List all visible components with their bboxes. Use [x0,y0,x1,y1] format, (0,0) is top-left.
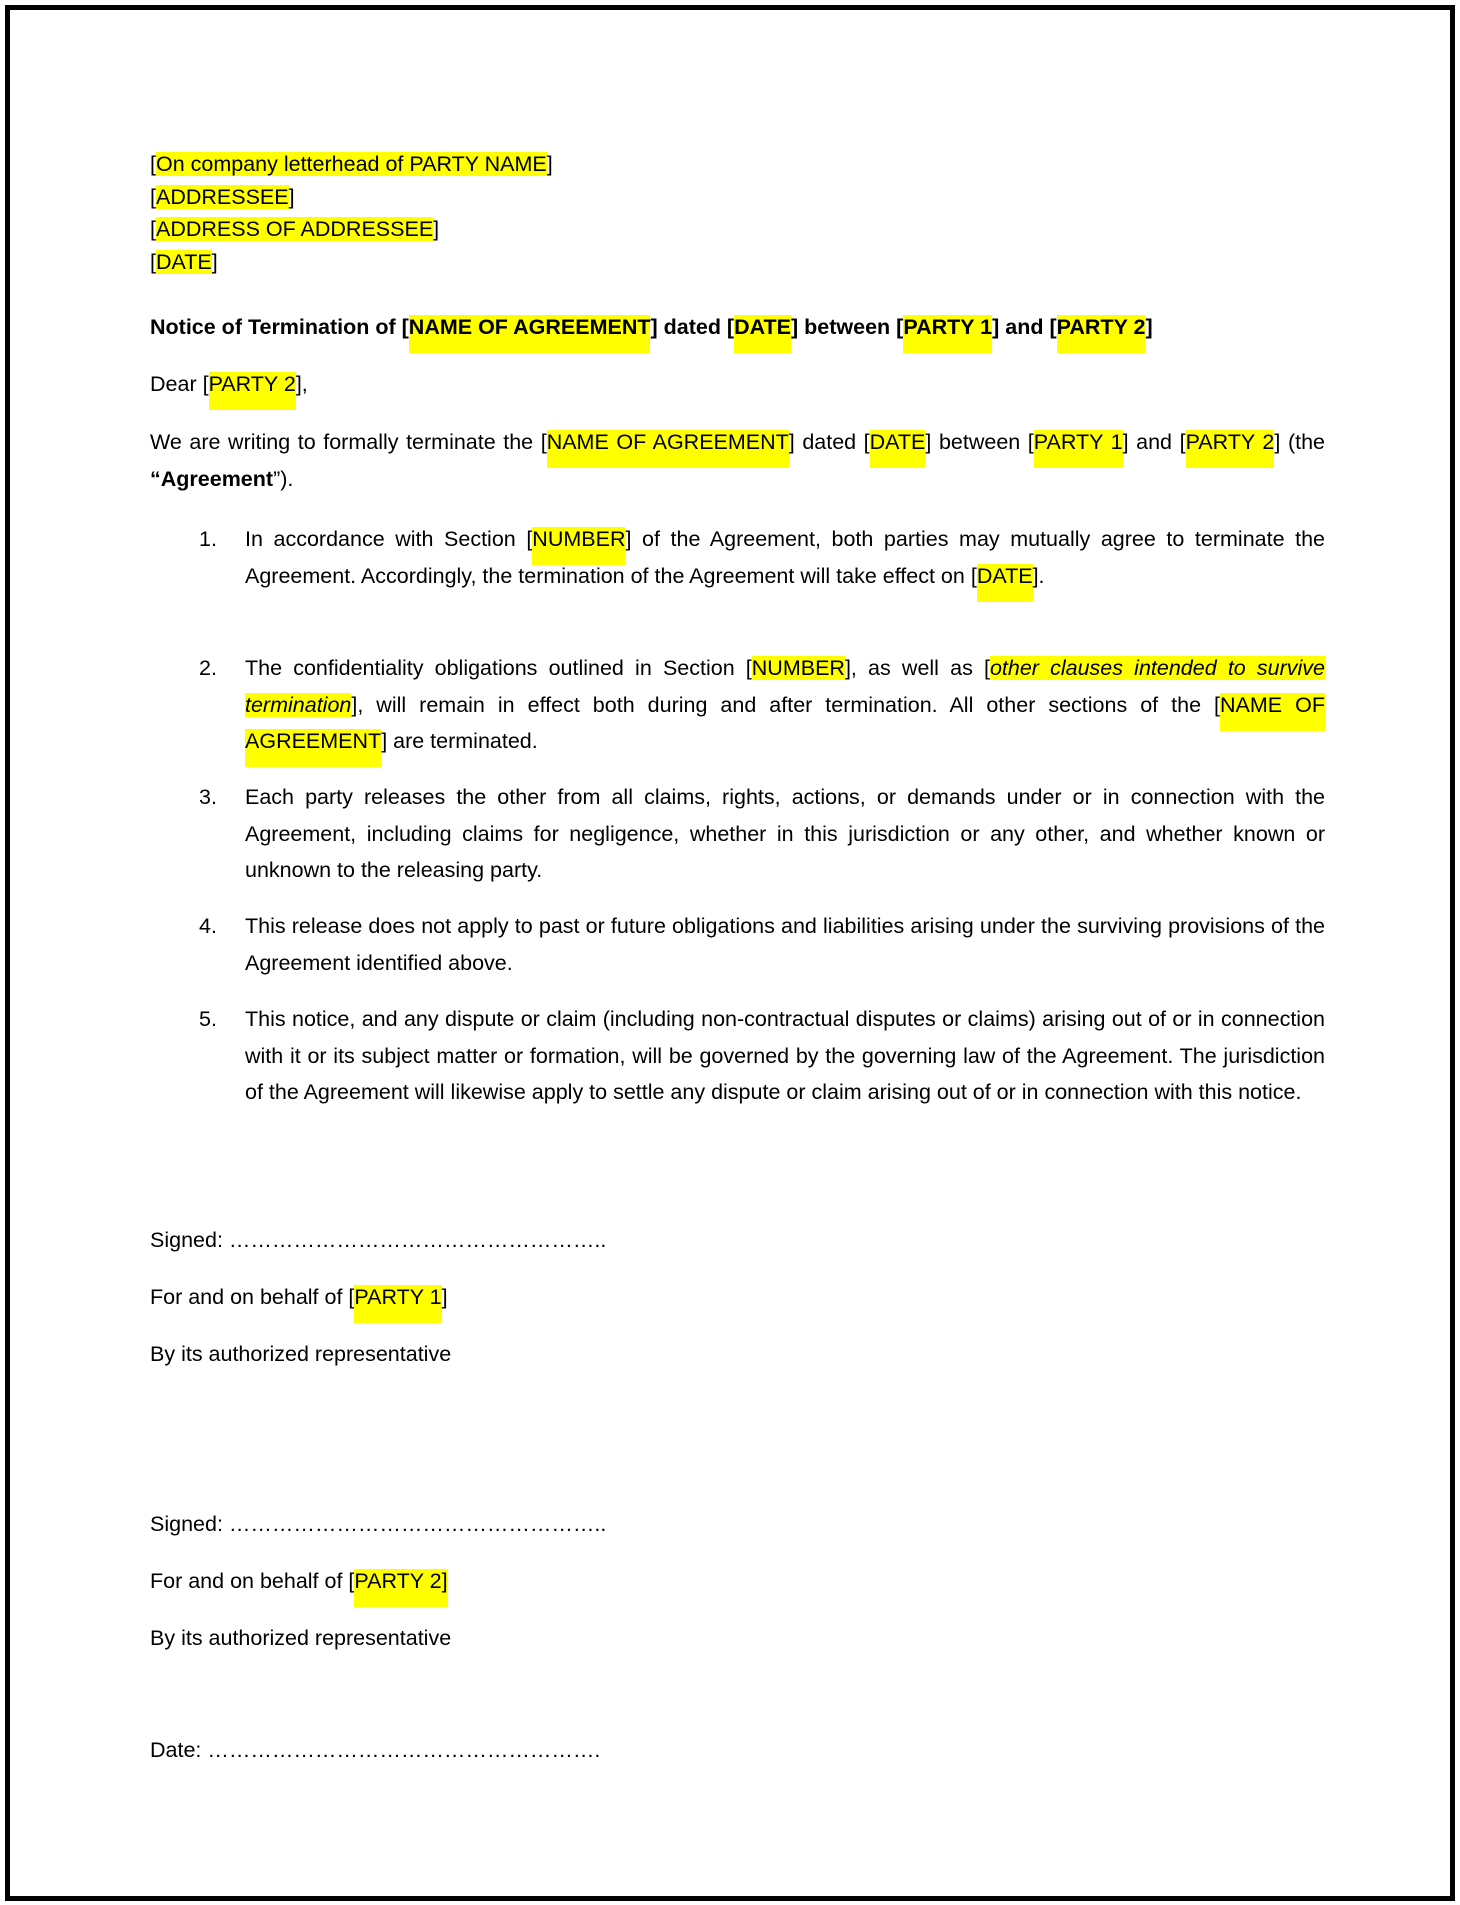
placeholder-intro-party1[interactable]: PARTY 1 [1034,430,1123,468]
defined-term-agreement: Agreement [161,467,273,491]
placeholder-addressee[interactable]: ADDRESSEE [156,185,289,209]
list-item-text: This notice, and any dispute or claim (i… [245,1001,1325,1111]
list-item-text: The confidentiality obligations outlined… [245,650,1325,760]
representative-line-1: By its authorized representative [150,1342,451,1367]
address-line: [ADDRESS OF ADDRESSEE] [150,217,439,242]
item-text: ], will remain in effect both during and… [351,693,1220,717]
behalf-line-1: For and on behalf of [PARTY 1] [150,1285,448,1310]
intro-text: ] between [ [925,430,1033,454]
representative-line-2: By its authorized representative [150,1626,451,1651]
behalf-text: ] [442,1285,448,1309]
quote-close: ”). [273,467,293,491]
placeholder-item1-section[interactable]: NUMBER [532,527,625,565]
list-number: 2. [199,650,217,687]
placeholder-sign-party2[interactable]: PARTY 2] [354,1569,447,1607]
list-item-text: Each party releases the other from all c… [245,779,1325,889]
placeholder-letterhead[interactable]: On company letterhead of PARTY NAME [156,152,547,176]
date-signature-line[interactable]: Date: ………………………………………………. [150,1738,600,1763]
placeholder-sign-party1[interactable]: PARTY 1 [354,1285,441,1323]
document-page: [On company letterhead of PARTY NAME] [A… [5,5,1455,1901]
item-text: ]. [1033,564,1045,588]
placeholder-header-date[interactable]: DATE [156,250,212,274]
quote-open: “ [150,467,161,491]
list-number: 5. [199,1001,217,1038]
intro-text: ] and [ [1123,430,1186,454]
list-number: 3. [199,779,217,816]
signature-line-2[interactable]: Signed: …………………………………………….. [150,1512,606,1537]
salutation-text: Dear [ [150,372,209,396]
title-text: ] dated [ [650,315,734,339]
placeholder-item2-section[interactable]: NUMBER [752,656,845,680]
letterhead-line: [On company letterhead of PARTY NAME] [150,152,553,177]
placeholder-salutation-party[interactable]: PARTY 2 [209,372,296,410]
signature-line-1[interactable]: Signed: …………………………………………….. [150,1228,606,1253]
list-item-text: In accordance with Section [NUMBER] of t… [245,521,1325,594]
salutation-text: ], [296,372,308,396]
placeholder-title-agreement[interactable]: NAME OF AGREEMENT [409,315,651,353]
placeholder-intro-party2[interactable]: PARTY 2 [1186,430,1275,468]
page-title: Notice of Termination of [NAME OF AGREEM… [150,315,1153,340]
addressee-line: [ADDRESSEE] [150,185,295,210]
salutation: Dear [PARTY 2], [150,372,308,397]
placeholder-title-party2[interactable]: PARTY 2 [1057,315,1146,353]
item-text: ] are terminated. [381,729,538,753]
list-number: 1. [199,521,217,558]
item-text: ], as well as [ [845,656,990,680]
placeholder-item1-date[interactable]: DATE [977,564,1033,602]
placeholder-intro-date[interactable]: DATE [870,430,926,468]
list-item-text: This release does not apply to past or f… [245,908,1325,981]
intro-text: We are writing to formally terminate the… [150,430,547,454]
intro-paragraph: We are writing to formally terminate the… [150,424,1325,497]
item-text: In accordance with Section [ [245,527,532,551]
intro-text: ] dated [ [789,430,870,454]
title-text: ] between [ [791,315,903,339]
item-text: The confidentiality obligations outlined… [245,656,752,680]
behalf-line-2: For and on behalf of [PARTY 2] [150,1569,448,1594]
title-text: Notice of Termination of [ [150,315,409,339]
title-text: ] [1145,315,1152,339]
header-date-line: [DATE] [150,250,218,275]
intro-text: ] (the [1274,430,1325,454]
placeholder-title-date[interactable]: DATE [734,315,791,353]
list-number: 4. [199,908,217,945]
behalf-text: For and on behalf of [ [150,1569,354,1593]
placeholder-address[interactable]: ADDRESS OF ADDRESSEE [156,217,433,241]
behalf-text: For and on behalf of [ [150,1285,354,1309]
placeholder-intro-agreement[interactable]: NAME OF AGREEMENT [547,430,789,468]
placeholder-title-party1[interactable]: PARTY 1 [903,315,992,353]
title-text: ] and [ [992,315,1057,339]
